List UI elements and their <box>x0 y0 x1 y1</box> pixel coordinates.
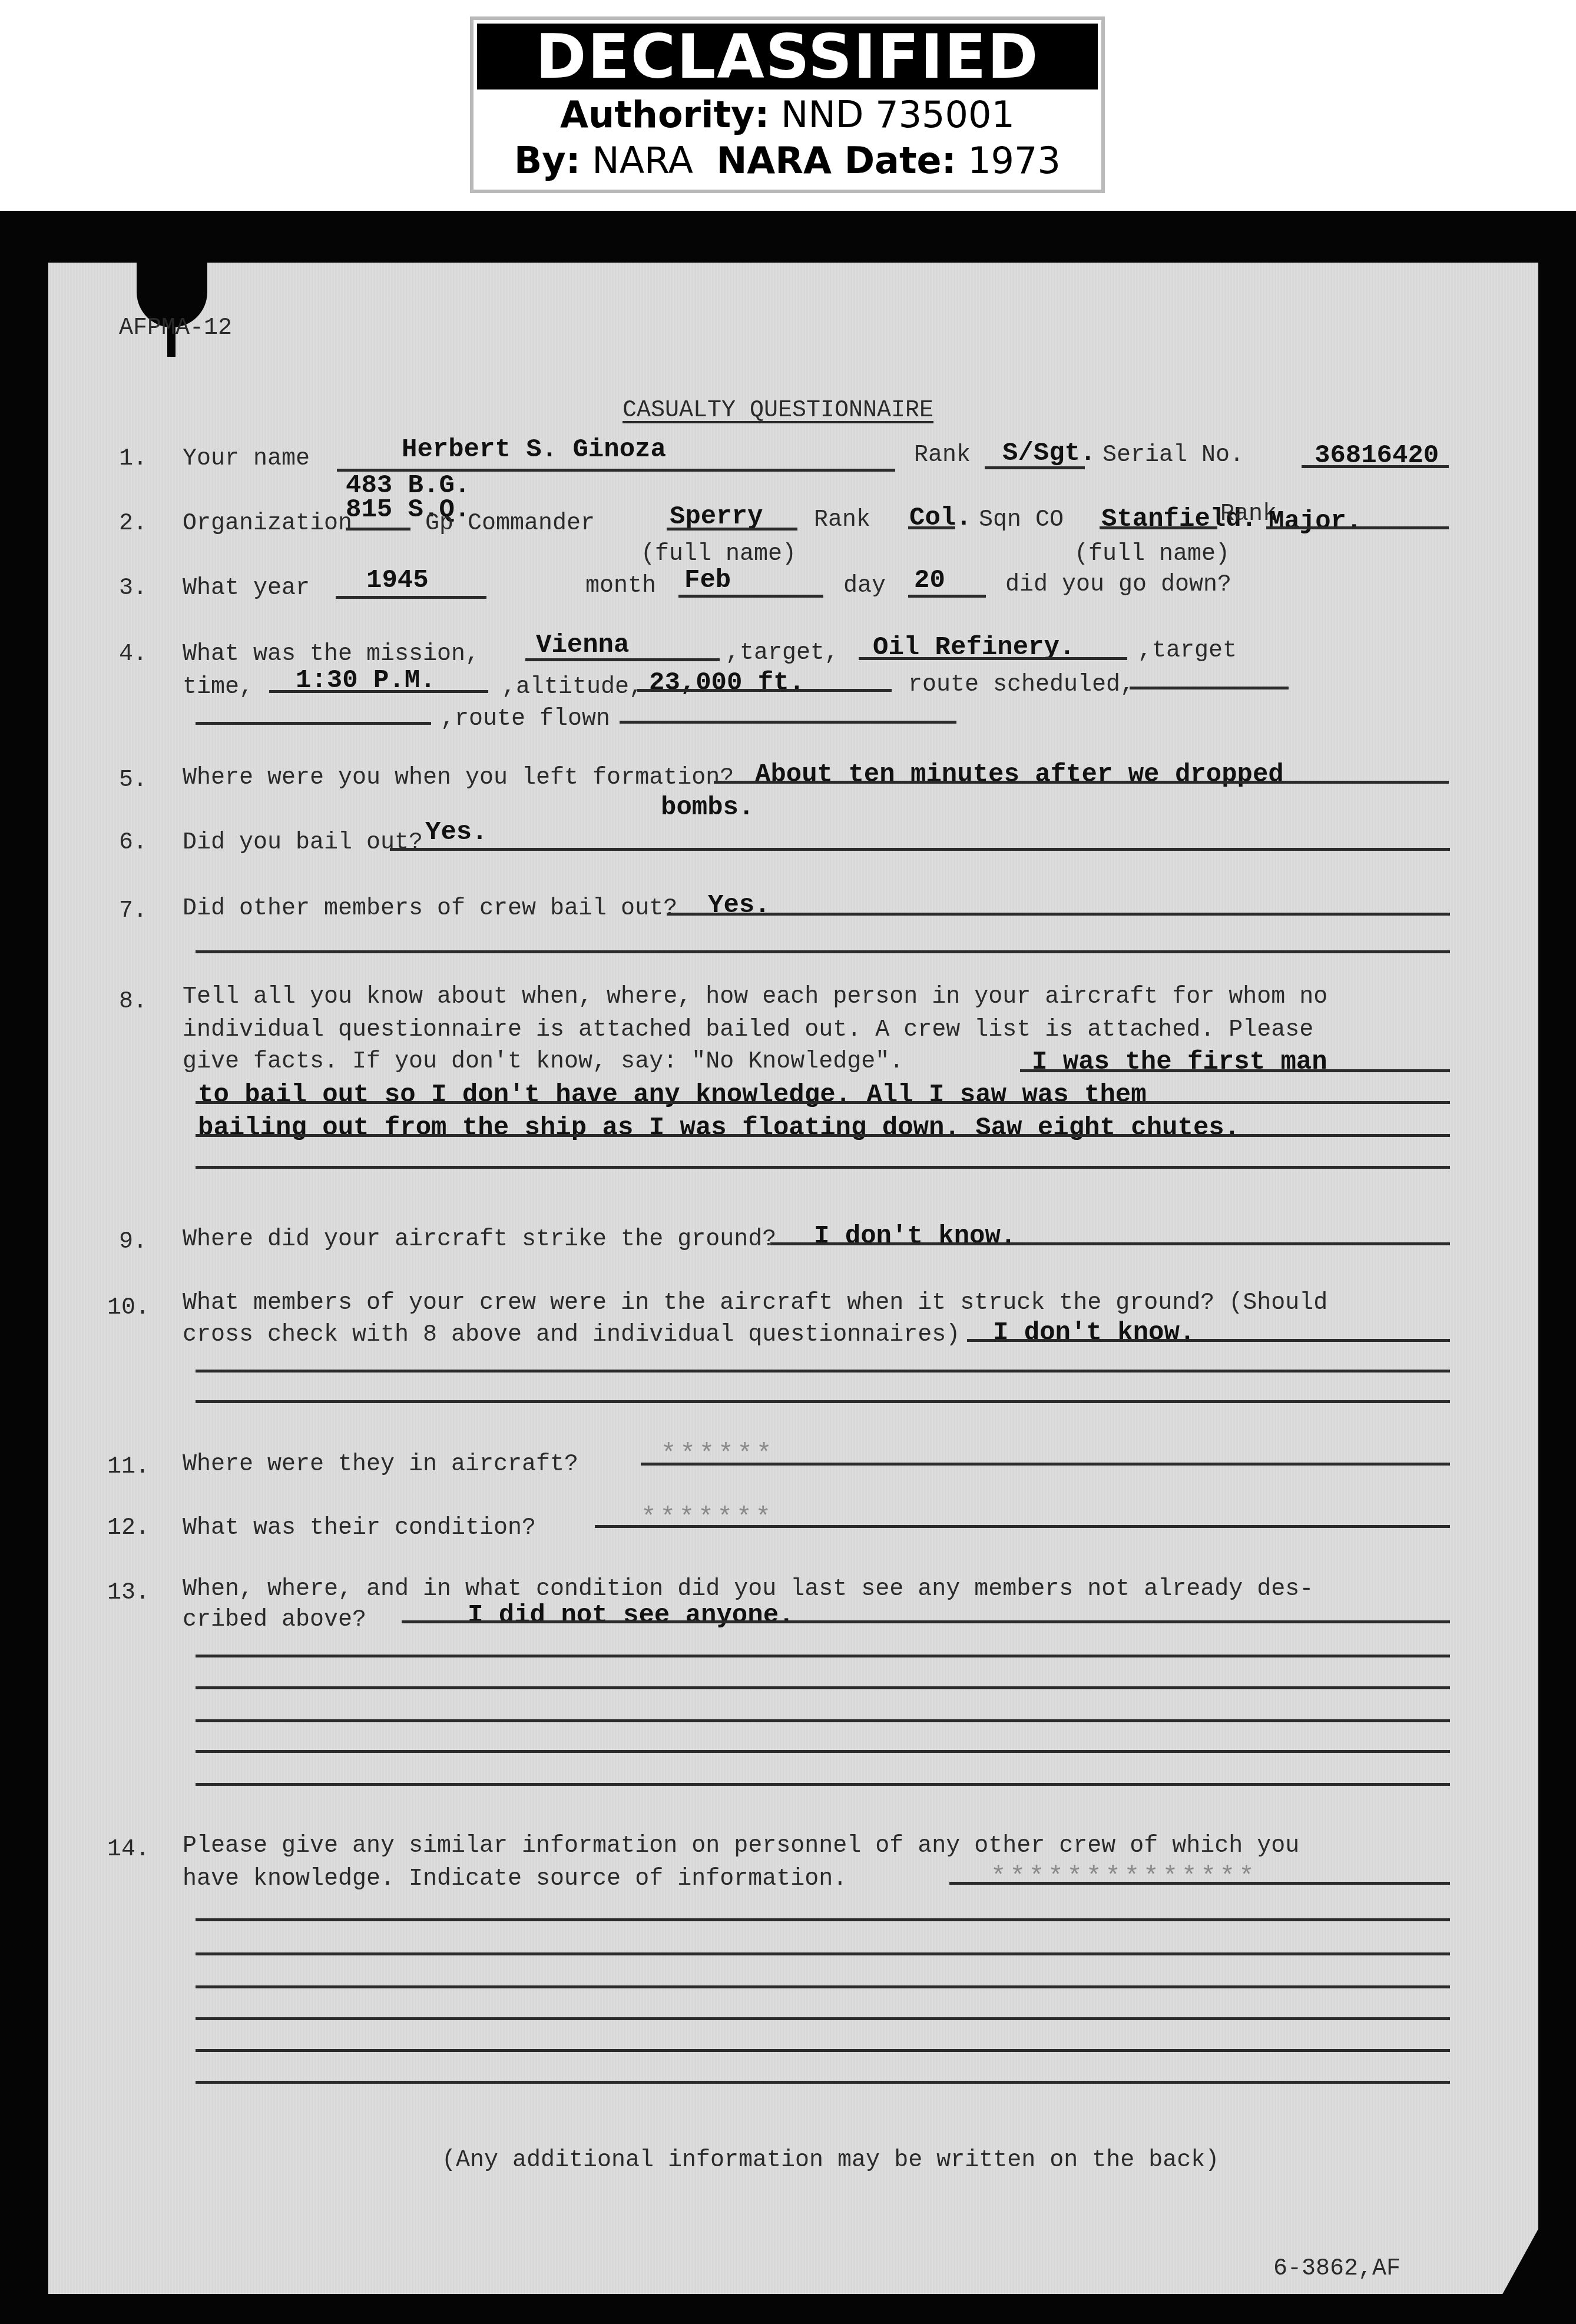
q14-number: 14. <box>107 1836 150 1864</box>
q6-answer-line <box>390 848 1450 851</box>
q10-answer-line <box>967 1339 1450 1342</box>
q4-route-scheduled-label: route scheduled, <box>908 671 1134 699</box>
q4-mission-value[interactable]: Vienna <box>536 631 629 659</box>
q13-answer[interactable]: I did not see anyone. <box>468 1602 794 1630</box>
q13-text-line1: When, where, and in what condition did y… <box>183 1576 1313 1604</box>
q2-gp-rank-line <box>908 526 955 529</box>
q1-serial-line <box>1302 465 1449 468</box>
q13-answer-line <box>402 1620 1450 1623</box>
q13-line4 <box>196 1719 1450 1722</box>
q12-label: What was their condition? <box>183 1514 536 1543</box>
q8-text-line2: individual questionnaire is attached bai… <box>183 1016 1313 1045</box>
q12-answer-line <box>595 1525 1450 1528</box>
footer-note: (Any additional information may be writt… <box>442 2147 1219 2175</box>
q4-altitude-line <box>637 689 892 692</box>
q9-label: Where did your aircraft strike the groun… <box>183 1226 776 1254</box>
q12-number: 12. <box>107 1514 150 1543</box>
q1-name-value[interactable]: Herbert S. Ginoza <box>402 436 666 464</box>
q4-route-scheduled-line <box>1130 687 1289 689</box>
q2-org-line <box>346 528 410 531</box>
q14-text-line1: Please give any similar information on p… <box>183 1832 1299 1861</box>
q4-mission-label: What was the mission, <box>183 641 479 669</box>
q4-target-label: ,target, <box>726 639 839 668</box>
q13-line2 <box>196 1655 1450 1657</box>
q13-line6 <box>196 1783 1450 1786</box>
q14-text-line2: have knowledge. Indicate source of infor… <box>183 1865 847 1894</box>
q1-rank-value[interactable]: S/Sgt. <box>1002 439 1095 468</box>
q14-line6 <box>196 2049 1450 2052</box>
q5-number: 5. <box>119 767 147 795</box>
q13-line3 <box>196 1686 1450 1689</box>
q14-line3 <box>196 1952 1450 1955</box>
q10-text-line1: What members of your crew were in the ai… <box>183 1289 1327 1318</box>
q2-gp-commander-value[interactable]: Sperry <box>670 503 763 531</box>
q14-line5 <box>196 2017 1450 2020</box>
q10-answer[interactable]: I don't know. <box>993 1319 1195 1347</box>
q3-year-value[interactable]: 1945 <box>366 566 429 595</box>
q11-answer-line <box>641 1463 1450 1466</box>
q3-year-line <box>336 596 486 599</box>
q5-answer-underline <box>714 781 1449 784</box>
q5-label: Where were you when you left formation? <box>183 764 734 793</box>
q2-rank1-label: Rank <box>814 506 870 535</box>
q13-number: 13. <box>107 1579 150 1607</box>
q2-gp-hint: (full name) <box>641 541 796 569</box>
q8-underline1 <box>1020 1069 1450 1072</box>
stamp-date-value: 1973 <box>968 139 1061 182</box>
q3-day-label: day <box>843 572 886 601</box>
q4-time-label: time, <box>183 674 253 702</box>
q10-text-line2: cross check with 8 above and individual … <box>183 1321 960 1350</box>
q7-answer-line2 <box>196 950 1450 953</box>
q2-gp-commander-line <box>667 528 797 531</box>
q1-number: 1. <box>119 445 147 473</box>
q8-text-line1: Tell all you know about when, where, how… <box>183 983 1327 1012</box>
q9-answer[interactable]: I don't know. <box>814 1222 1016 1251</box>
q6-number: 6. <box>119 829 147 857</box>
q2-sqn-rank-value[interactable]: Major. <box>1269 508 1362 536</box>
q2-sqn-hint: (full name) <box>1074 541 1230 569</box>
q8-text-line3: give facts. If you don't know, say: "No … <box>183 1048 903 1076</box>
q8-answer-line2[interactable]: to bail out so I don't have any knowledg… <box>198 1081 1147 1109</box>
q3-day-value[interactable]: 20 <box>914 566 945 595</box>
q14-answer[interactable]: ************** <box>991 1863 1258 1891</box>
stamp-by-line: By: NARA NARA Date: 1973 <box>474 140 1101 181</box>
q2-gp-label: Gp Commander <box>425 510 595 538</box>
q2-sqn-label: Sqn CO <box>979 506 1064 535</box>
stamp-heading: DECLASSIFIED <box>477 24 1098 89</box>
stamp-authority-label: Authority: <box>560 93 769 136</box>
q1-name-label: Your name <box>183 445 310 473</box>
q2-sqn-co-line <box>1100 526 1217 529</box>
q4-altitude-label: ,altitude, <box>502 674 643 702</box>
q11-label: Where were they in aircraft? <box>183 1451 578 1479</box>
q3-month-line <box>678 595 823 598</box>
page-title: CASUALTY QUESTIONNAIRE <box>623 397 933 425</box>
form-number: 6-3862,AF <box>1273 2255 1400 2283</box>
q10-line2 <box>196 1370 1450 1372</box>
q8-number: 8. <box>119 988 147 1016</box>
q6-label: Did you bail out? <box>183 829 423 857</box>
q7-label: Did other members of crew bail out? <box>183 895 677 923</box>
q14-answer-line <box>949 1882 1450 1885</box>
q8-underline4 <box>196 1166 1450 1169</box>
q10-number: 10. <box>107 1294 150 1322</box>
q2-number: 2. <box>119 510 147 538</box>
q2-sqn-rank-line <box>1266 526 1449 529</box>
scanned-document: AFPMA-12 CASUALTY QUESTIONNAIRE 1. Your … <box>0 211 1576 2324</box>
q3-tail-label: did you go down? <box>1005 571 1231 599</box>
q3-number: 3. <box>119 575 147 603</box>
q4-number: 4. <box>119 641 147 669</box>
q1-rank-line <box>985 466 1085 469</box>
form-code: AFPMA-12 <box>119 314 232 343</box>
questionnaire-page: AFPMA-12 CASUALTY QUESTIONNAIRE 1. Your … <box>48 263 1538 2294</box>
q9-answer-line <box>770 1242 1450 1245</box>
q9-number: 9. <box>119 1228 147 1257</box>
q1-serial-label: Serial No. <box>1102 442 1244 470</box>
q4-route-flown-label: ,route flown <box>441 705 610 734</box>
q14-line2 <box>196 1918 1450 1921</box>
q1-rank-label: Rank <box>914 442 971 470</box>
q11-number: 11. <box>107 1453 150 1481</box>
q13-text-line2: cribed above? <box>183 1606 366 1635</box>
stamp-by-label: By: <box>514 139 580 182</box>
declassified-stamp: DECLASSIFIED Authority: NND 735001 By: N… <box>470 16 1105 193</box>
q6-answer[interactable]: Yes. <box>425 818 488 847</box>
q3-year-label: What year <box>183 575 310 603</box>
q4-route-flown-line <box>620 721 956 724</box>
stamp-authority-line: Authority: NND 735001 <box>474 94 1101 135</box>
q3-month-label: month <box>585 572 656 601</box>
q14-line4 <box>196 1985 1450 1988</box>
q4-mission-line <box>525 658 720 661</box>
q5-answer-line1[interactable]: About ten minutes after we dropped <box>755 761 1284 789</box>
stamp-authority-value: NND 735001 <box>781 93 1015 136</box>
q8-underline3 <box>196 1134 1450 1137</box>
q4-time-line <box>269 690 488 693</box>
q8-underline2 <box>196 1101 1450 1104</box>
q7-answer-line <box>667 913 1450 916</box>
q4-altitude-value[interactable]: 23,000 ft. <box>649 669 804 697</box>
q14-line7 <box>196 2081 1450 2084</box>
q3-month-value[interactable]: Feb <box>684 566 731 595</box>
q4-target2-label: ,target <box>1138 637 1237 665</box>
stamp-date-label: NARA Date: <box>716 139 956 182</box>
stamp-by-value: NARA <box>592 139 693 182</box>
q3-day-line <box>908 595 986 598</box>
q13-line5 <box>196 1750 1450 1753</box>
q10-line3 <box>196 1400 1450 1403</box>
q4-target-line <box>859 657 1127 660</box>
q4-route-scheduled-line2 <box>196 722 431 725</box>
q2-org-label: Organization <box>183 510 352 538</box>
q5-answer-line2[interactable]: bombs. <box>661 794 754 822</box>
q8-answer-line3[interactable]: bailing out from the ship as I was float… <box>198 1114 1240 1142</box>
q7-number: 7. <box>119 897 147 926</box>
